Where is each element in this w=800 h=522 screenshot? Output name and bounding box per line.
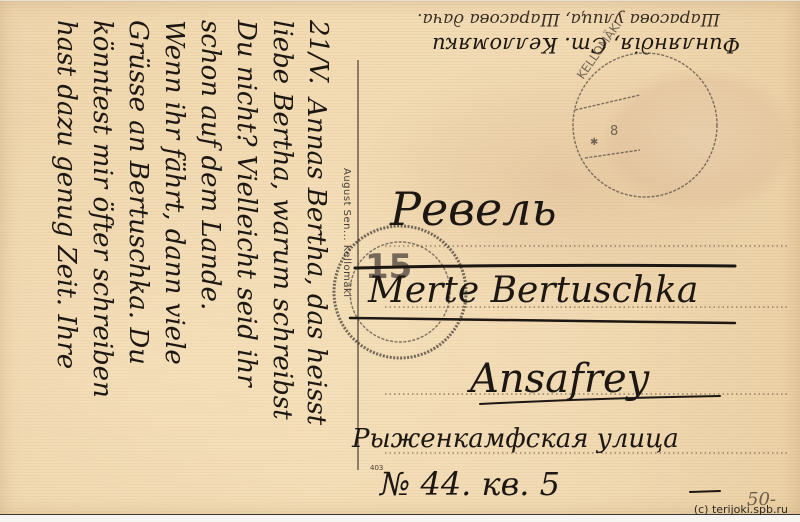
address-surname: Ansafrey (466, 356, 651, 402)
watermark: (c) terijoki.spb.ru (694, 503, 788, 516)
address-city: Ревель (389, 182, 557, 236)
message-line: Wenn ihr fährt, dann viele (159, 20, 189, 365)
postmark-star-icon: ✱ (590, 137, 598, 148)
sender-header-line1: Финляндія, Ст. Келломяки (432, 33, 740, 57)
message-block: 21/V. Annas Bertha, das heisst liebe Ber… (51, 19, 333, 426)
address-house: № 44. кв. 5 (378, 465, 560, 503)
message-line: 21/V. (303, 19, 333, 84)
departure-postmark-date: 8 (610, 124, 618, 139)
address-street: Рыженкамфская улица (351, 424, 679, 454)
message-line: liebe Bertha, warum schreibst (267, 20, 297, 420)
message-line: schon auf dem Lande. (195, 20, 225, 310)
message-line: Du nicht? Vielleicht seid ihr (231, 19, 261, 388)
message-line: Grüsse an Bertuschka. Du (123, 20, 153, 365)
postcard-ink-layer: Финляндія, Ст. Келломяки Шарасова улица,… (0, 0, 800, 522)
message-line: hast dazu genug Zeit. Ihre (51, 20, 81, 369)
address-recipient: Merte Bertuschka (367, 270, 698, 311)
message-line: könntest mir öfter schreiben (87, 20, 117, 398)
sender-header: Финляндія, Ст. Келломяки Шарасова улица,… (417, 9, 740, 57)
message-line: Annas Bertha, das heisst (301, 96, 331, 425)
sender-header-line2: Шарасова улица, Шарасова дача. (417, 9, 721, 29)
publisher-imprint: August Sen... Kellomäki (341, 168, 352, 298)
